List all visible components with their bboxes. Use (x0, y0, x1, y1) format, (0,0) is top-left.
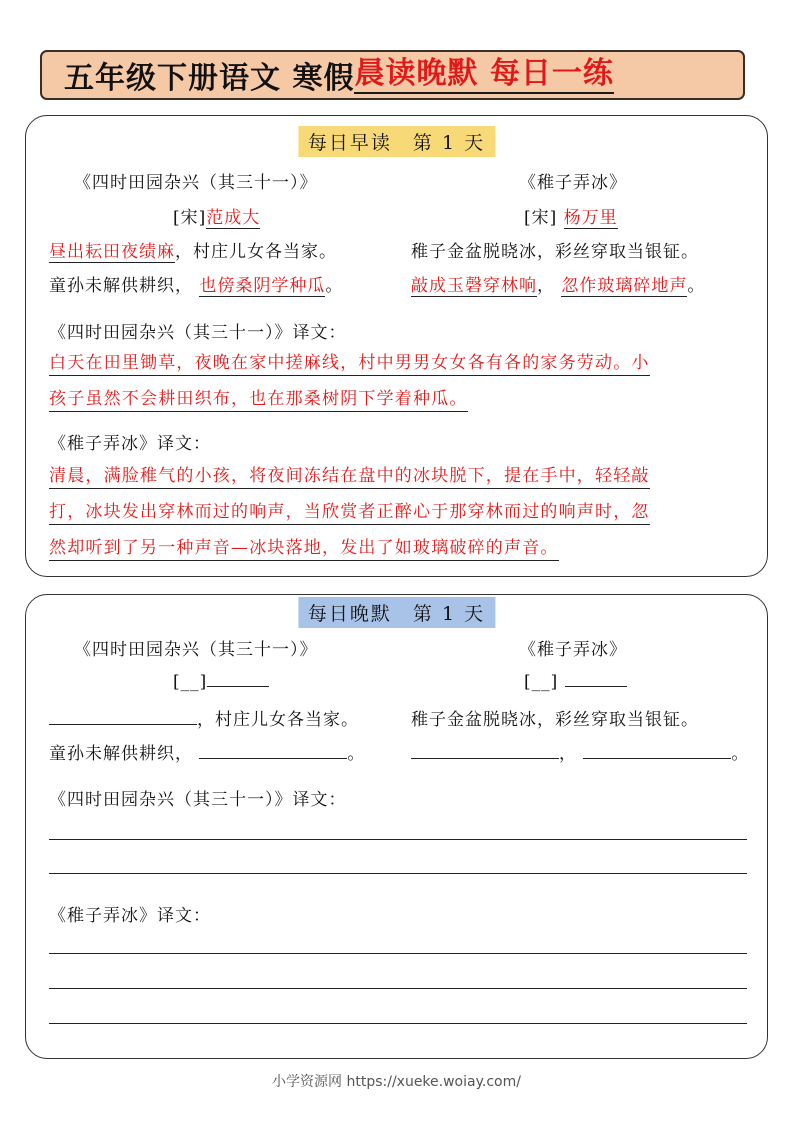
translation2-writing-line[interactable] (49, 953, 747, 954)
poem1-line2-blank[interactable] (199, 742, 347, 759)
translation1-text: 白天在田里锄草，夜晚在家中搓麻线，村中男男女女各有各的家务劳动。小 孩子虽然不会… (49, 345, 749, 417)
translation1-label: 《四时田园杂兴（其三十一）》译文： (49, 318, 347, 343)
poem2-line2-comma: ， (537, 276, 555, 296)
translation2-text: 清晨，满脸稚气的小孩，将夜间冻结在盘中的冰块脱下，提在手中，轻轻敲 打，冰块发出… (49, 458, 749, 566)
poem1-line1-rest: ，村庄儿女各当家。 (175, 242, 337, 262)
poem1-line1-blank[interactable] (49, 708, 197, 725)
title-black: 五年级下册语文 寒假 (64, 53, 354, 97)
translation1-line: 孩子虽然不会耕田织布，也在那桑树阴下学着种瓜。 (49, 389, 468, 412)
poem1-byline: [宋]范成大 (173, 203, 260, 228)
poem2-author: 杨万里 (564, 208, 618, 229)
poem2-title: 《稚子弄冰》 (519, 168, 627, 193)
poem2-line1: 稚子金盆脱晓冰，彩丝穿取当银钲。 (411, 705, 699, 730)
translation1-writing-line[interactable] (49, 873, 747, 874)
poem1-author-blank[interactable] (207, 670, 269, 687)
poem1-line2: 童孙未解供耕织， 也傍桑阴学种瓜。 (49, 271, 343, 296)
translation1-writing-line[interactable] (49, 839, 747, 840)
page-title-banner: 五年级下册语文 寒假 晨读晚默 每日一练 (40, 50, 745, 100)
poem1-line1: ，村庄儿女各当家。 (49, 705, 359, 730)
poem2-byline-blank: [__] (524, 670, 627, 692)
poem1-author: 范成大 (206, 208, 260, 229)
translation2-writing-line[interactable] (49, 1023, 747, 1024)
evening-dictation-card: 每日晚默 第 1 天 《四时田园杂兴（其三十一）》 《稚子弄冰》 [__] [_… (25, 594, 768, 1059)
poem1-byline-blank: [__] (173, 670, 269, 692)
translation2-line: 清晨，满脸稚气的小孩，将夜间冻结在盘中的冰块脱下，提在手中，轻轻敲 (49, 466, 650, 489)
title-red: 晨读晚默 每日一练 (354, 56, 613, 94)
poem1-line2-end: 。 (347, 744, 365, 764)
poem2-author-blank[interactable] (565, 670, 627, 687)
poem1-dynasty-blank[interactable]: [__] (173, 672, 207, 692)
poem1-line2-answer: 也傍桑阴学种瓜 (199, 276, 325, 297)
evening-section-title: 每日晚默 第 1 天 (298, 597, 495, 628)
poem1-line1-rest: ，村庄儿女各当家。 (197, 710, 359, 730)
poem1-title: 《四时田园杂兴（其三十一）》 (74, 635, 318, 660)
footer-watermark: 小学资源网 https://xueke.woiay.com/ (0, 1071, 793, 1091)
poem2-title: 《稚子弄冰》 (519, 635, 627, 660)
poem2-dynasty: [宋] (524, 208, 557, 228)
translation2-line: 打，冰块发出穿林而过的响声，当欣赏者正醉心于那穿林而过的响声时，忽 (49, 502, 650, 525)
poem1-line2-start: 童孙未解供耕织， (49, 744, 193, 764)
poem2-line1: 稚子金盆脱晓冰，彩丝穿取当银钲。 (411, 237, 699, 262)
translation1-line: 白天在田里锄草，夜晚在家中搓麻线，村中男男女女各有各的家务劳动。小 (49, 353, 650, 376)
translation2-label: 《稚子弄冰》译文： (49, 901, 211, 926)
poem2-line2-end: 。 (731, 744, 749, 764)
translation2-writing-line[interactable] (49, 988, 747, 989)
translation1-label: 《四时田园杂兴（其三十一）》译文： (49, 785, 347, 810)
translation2-label: 《稚子弄冰》译文： (49, 429, 211, 454)
poem2-line2-answer-a: 敲成玉磬穿林响 (411, 276, 537, 297)
poem2-line2-end: 。 (687, 276, 705, 296)
poem2-line2: 敲成玉磬穿林响， 忽作玻璃碎地声。 (411, 271, 705, 296)
poem2-line2-blank-a[interactable] (411, 742, 559, 759)
poem2-line2-answer-b: 忽作玻璃碎地声 (561, 276, 687, 297)
translation2-line: 然却听到了另一种声音—冰块落地，发出了如玻璃破碎的声音。 (49, 538, 559, 561)
poem2-byline: [宋] 杨万里 (524, 203, 618, 228)
poem1-line2: 童孙未解供耕织， 。 (49, 739, 365, 764)
poem1-line2-end: 。 (325, 276, 343, 296)
poem1-dynasty: [宋] (173, 208, 206, 228)
poem2-dynasty-blank[interactable]: [__] (524, 672, 558, 692)
poem1-line1-answer: 昼出耘田夜绩麻 (49, 242, 175, 263)
poem1-line2-start: 童孙未解供耕织， (49, 276, 193, 296)
poem1-line1: 昼出耘田夜绩麻，村庄儿女各当家。 (49, 237, 337, 262)
morning-reading-card: 每日早读 第 1 天 《四时田园杂兴（其三十一）》 《稚子弄冰》 [宋]范成大 … (25, 115, 768, 577)
poem2-line2-comma: ， (559, 744, 577, 764)
poem2-line2-blank-b[interactable] (583, 742, 731, 759)
poem2-line2: ， 。 (411, 739, 749, 764)
poem1-title: 《四时田园杂兴（其三十一）》 (74, 168, 318, 193)
morning-section-title: 每日早读 第 1 天 (298, 126, 495, 157)
